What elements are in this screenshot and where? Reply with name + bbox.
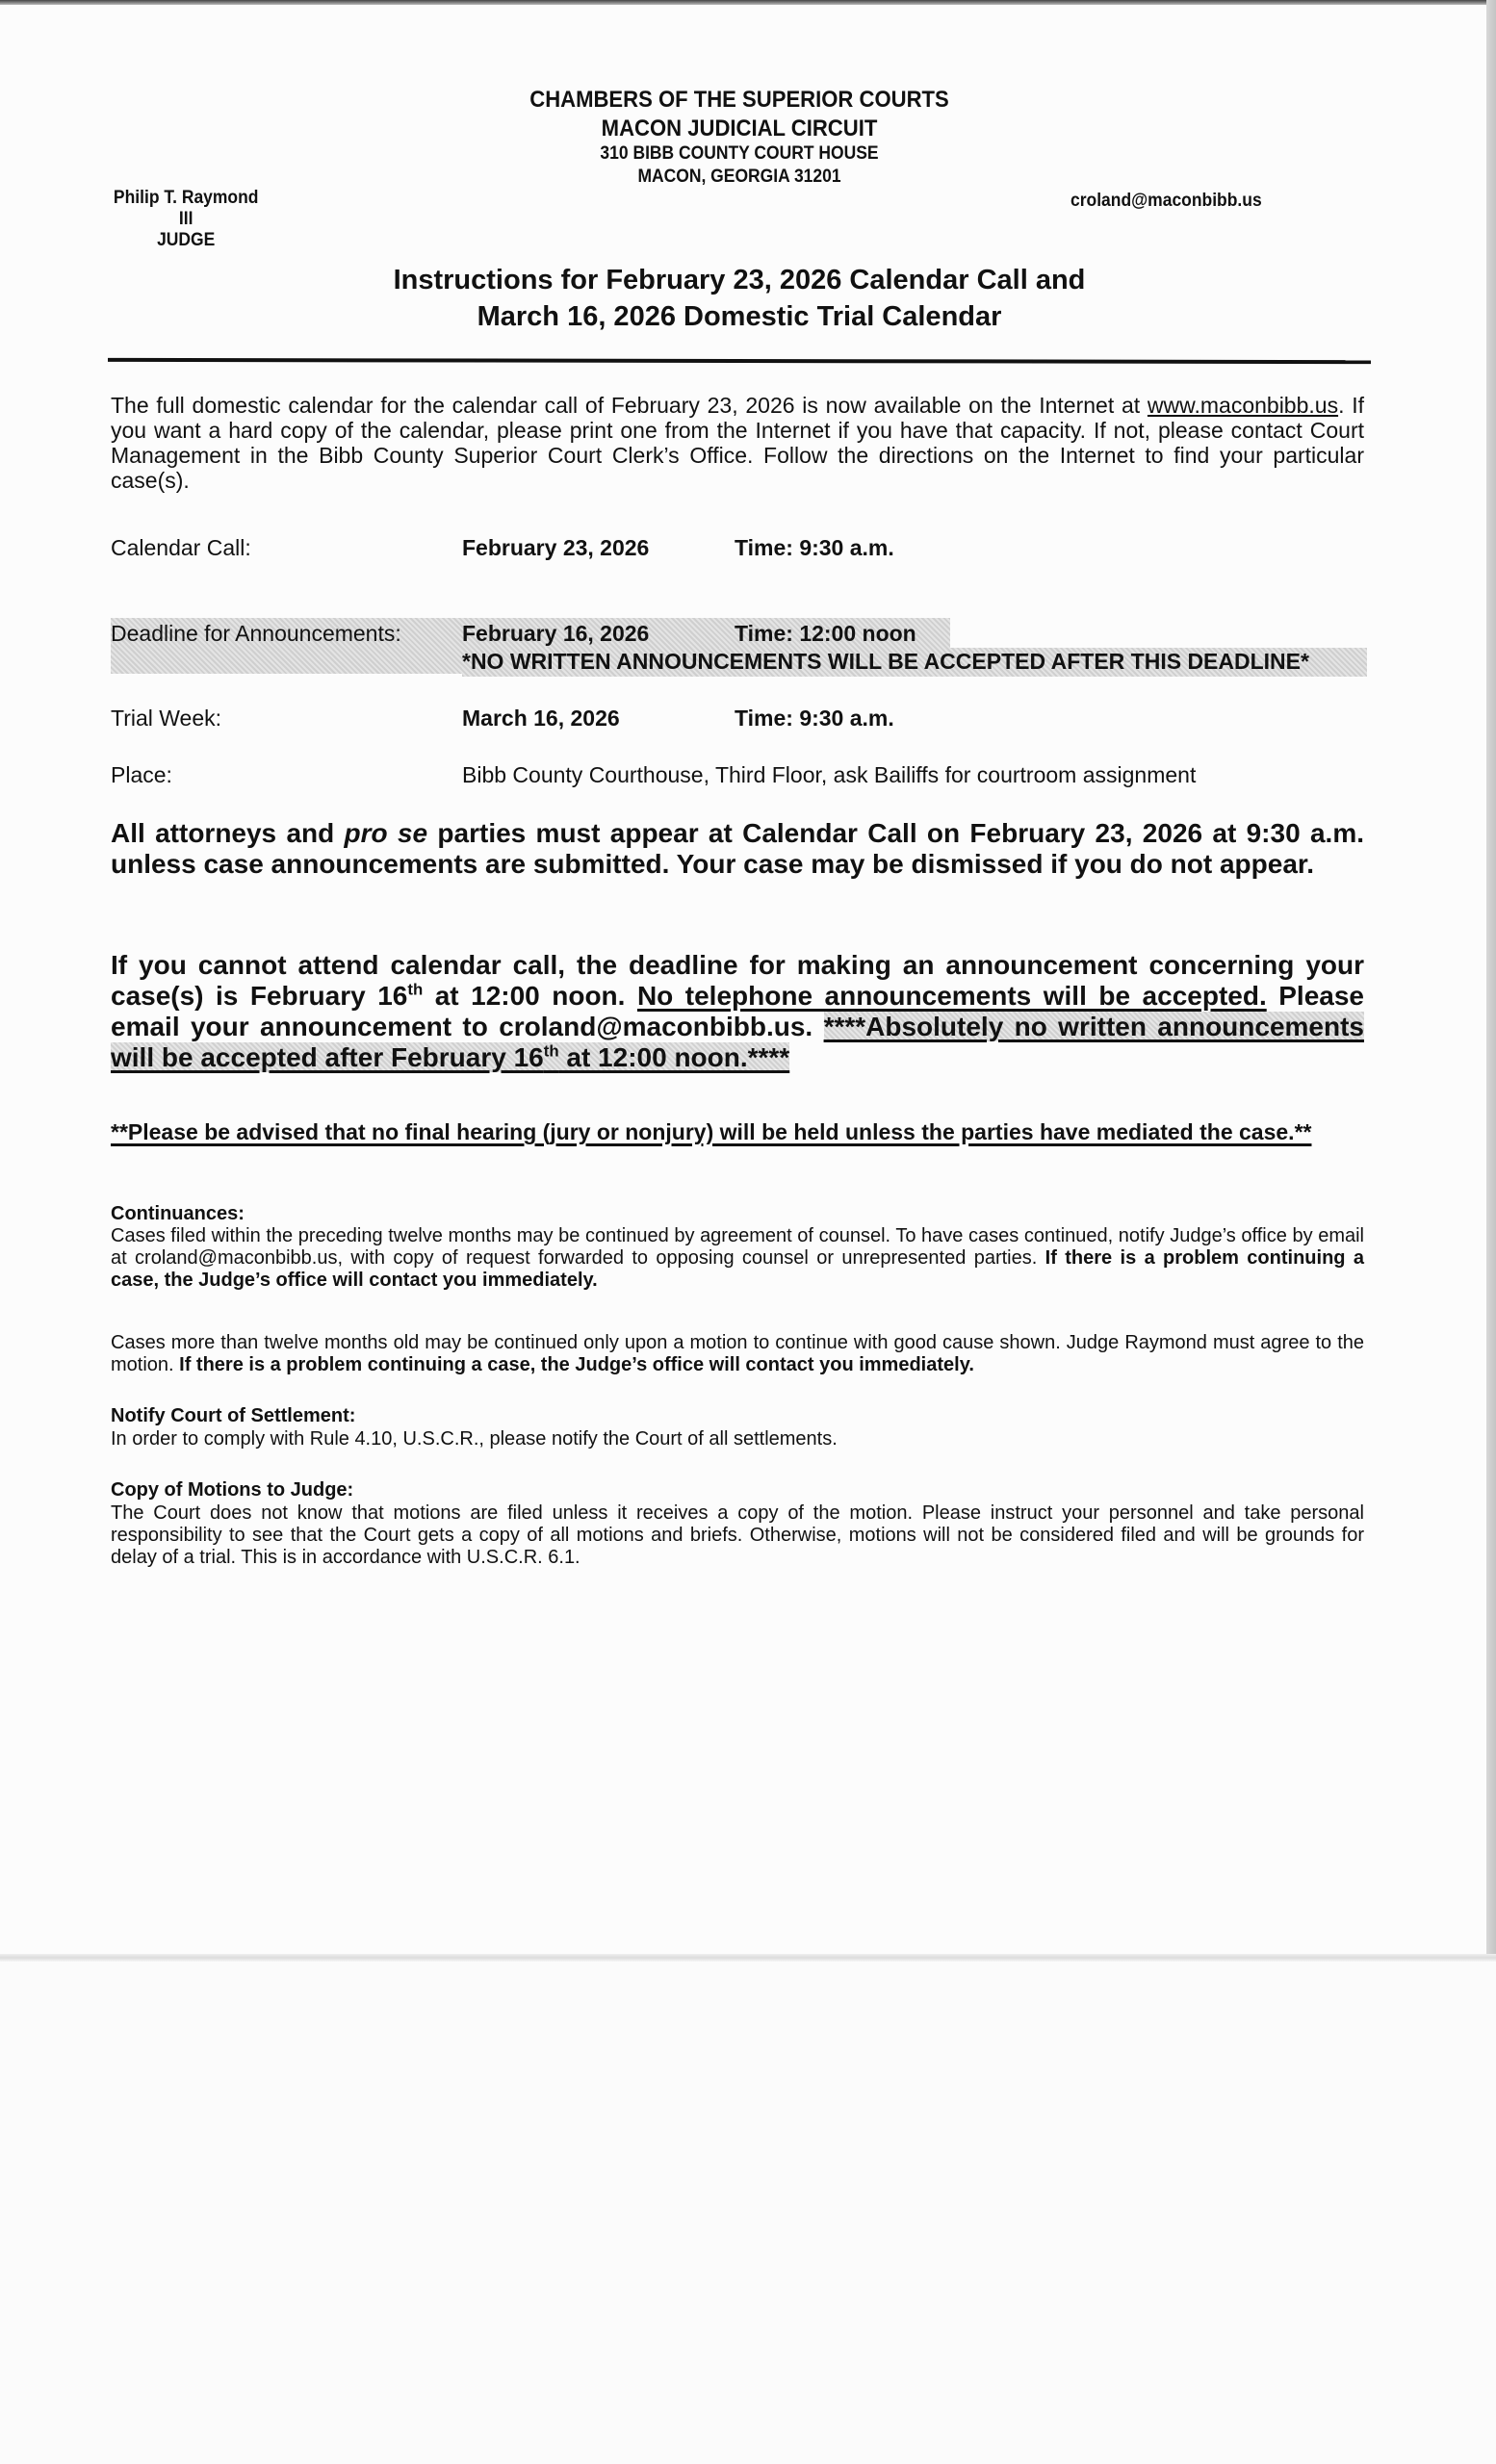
announcement-deadline-notice: If you cannot attend calendar call, the … <box>111 950 1364 1073</box>
letterhead-circuit: MACON JUDICIAL CIRCUIT <box>59 115 1419 142</box>
letterhead-city: MACON, GEORGIA 31201 <box>59 167 1419 188</box>
website-link[interactable]: www.maconbibb.us <box>1148 393 1338 418</box>
scan-top-edge <box>0 0 1496 5</box>
document-page: CHAMBERS OF THE SUPERIOR COURTS MACON JU… <box>0 0 1486 1954</box>
continuances-heading: Continuances: <box>111 1203 245 1225</box>
title-line-1: Instructions for February 23, 2026 Calen… <box>0 262 1479 298</box>
motions-paragraph: The Court does not know that motions are… <box>111 1502 1364 1569</box>
chambers-email: croland@maconbibb.us <box>1070 191 1262 212</box>
page-title: Instructions for February 23, 2026 Calen… <box>0 262 1479 335</box>
intro-paragraph: The full domestic calendar for the calen… <box>111 393 1364 493</box>
letterhead-address: 310 BIBB COUNTY COURT HOUSE <box>59 143 1419 165</box>
appearance-notice: All attorneys and pro se parties must ap… <box>111 818 1364 880</box>
no-telephone-notice: No telephone announcements will be accep… <box>637 981 1267 1011</box>
mediation-notice: **Please be advised that no final hearin… <box>111 1119 1364 1144</box>
settlement-paragraph: In order to comply with Rule 4.10, U.S.C… <box>111 1428 1364 1450</box>
deadline-warning: *NO WRITTEN ANNOUNCEMENTS WILL BE ACCEPT… <box>462 649 1309 675</box>
header-divider <box>108 358 1371 364</box>
letterhead-chambers: CHAMBERS OF THE SUPERIOR COURTS <box>59 87 1419 114</box>
judge-title: JUDGE <box>111 230 261 251</box>
scan-right-edge <box>1486 0 1496 1954</box>
motions-heading: Copy of Motions to Judge: <box>111 1479 353 1501</box>
judge-block: Philip T. Raymond III JUDGE <box>111 188 261 251</box>
judge-name: Philip T. Raymond III <box>111 188 261 230</box>
continuances-paragraph-2: Cases more than twelve months old may be… <box>111 1332 1364 1376</box>
title-line-2: March 16, 2026 Domestic Trial Calendar <box>0 298 1479 335</box>
settlement-heading: Notify Court of Settlement: <box>111 1405 355 1427</box>
continuances-paragraph-1: Cases filed within the preceding twelve … <box>111 1225 1364 1292</box>
scan-bottom-edge <box>0 1954 1496 1962</box>
